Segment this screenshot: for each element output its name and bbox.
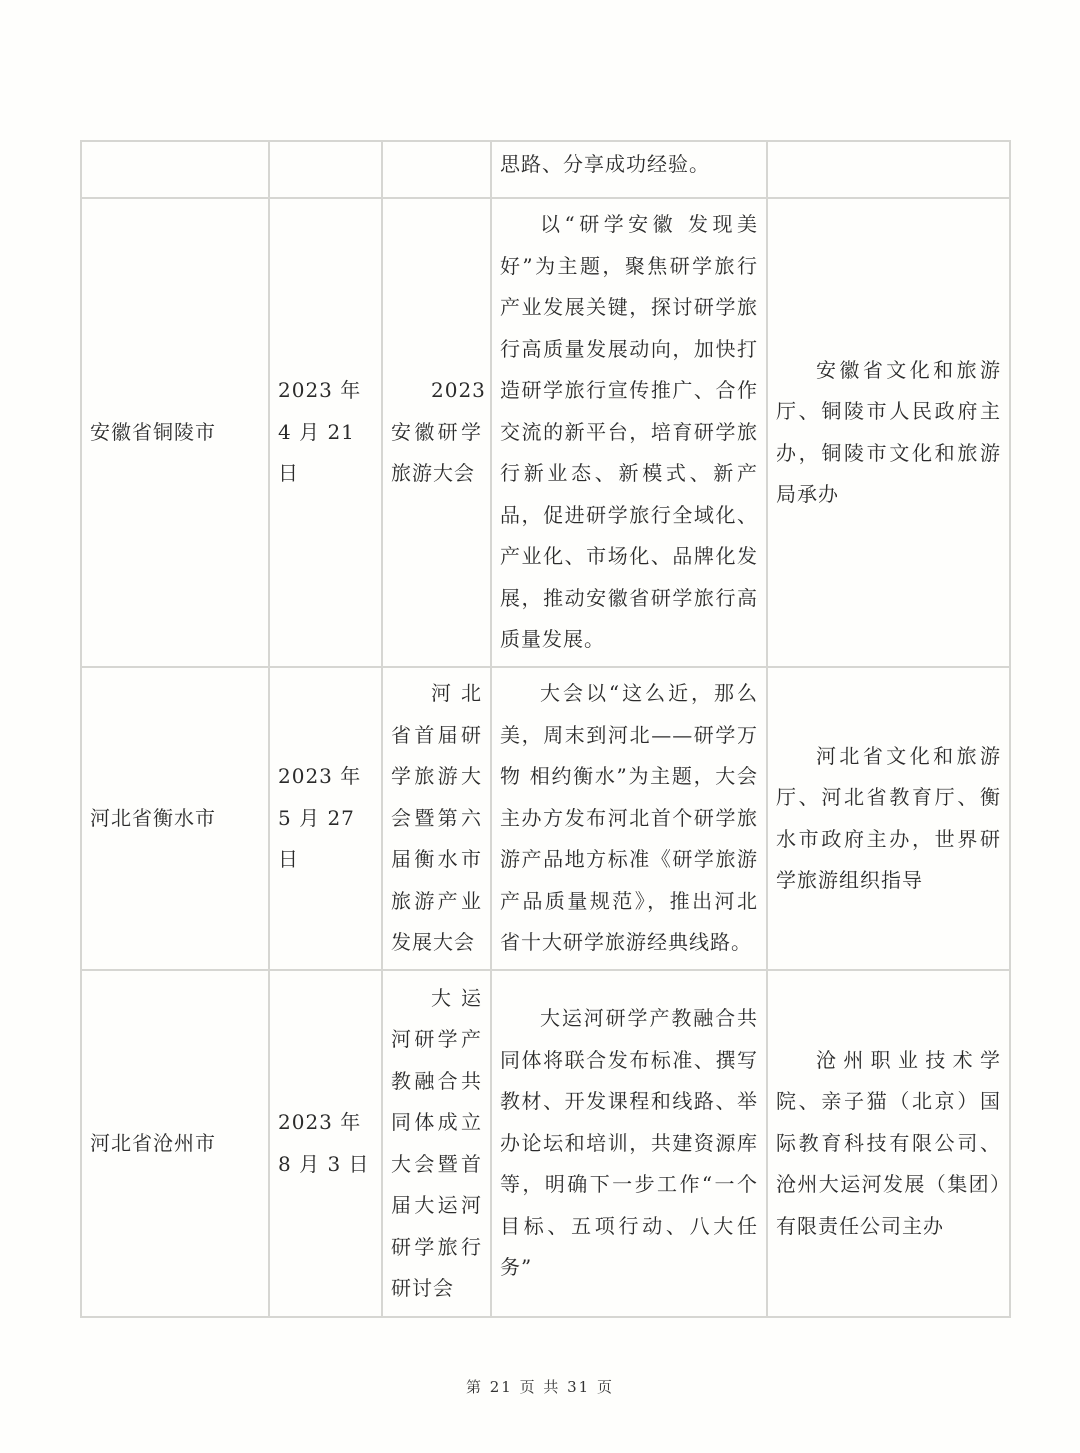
page-number: 第 21 页 共 31 页	[0, 1376, 1080, 1397]
location-cell: 安徽省铜陵市	[81, 198, 269, 667]
organizer-cell: 沧州职业技术学院、亲子猫（北京）国际教育科技有限公司、沧州大运河发展（集团）有限…	[767, 970, 1010, 1317]
event-cell: 河北省首届研学旅游大会暨第六届衡水市旅游产业发展大会	[382, 667, 491, 970]
event-cell: 大运河研学产教融合共同体成立大会暨首届大运河研学旅行研讨会	[382, 970, 491, 1317]
table-row: 安徽省铜陵市 2023 年 4 月 21 日 2023 安徽研学旅游大会 以“研…	[81, 198, 1010, 667]
organizer-cell	[767, 141, 1010, 198]
organizer-cell: 安徽省文化和旅游厅、铜陵市人民政府主办，铜陵市文化和旅游局承办	[767, 198, 1010, 667]
location-cell: 河北省沧州市	[81, 970, 269, 1317]
events-table: 思路、分享成功经验。 安徽省铜陵市 2023 年 4 月 21 日 2023 安…	[80, 140, 1011, 1318]
location-cell: 河北省衡水市	[81, 667, 269, 970]
location-cell	[81, 141, 269, 198]
date-cell: 2023 年 8 月 3 日	[269, 970, 382, 1317]
table-row: 河北省沧州市 2023 年 8 月 3 日 大运河研学产教融合共同体成立大会暨首…	[81, 970, 1010, 1317]
description-cell: 思路、分享成功经验。	[491, 141, 767, 198]
table-row: 思路、分享成功经验。	[81, 141, 1010, 198]
description-cell: 大运河研学产教融合共同体将联合发布标准、撰写教材、开发课程和线路、举办论坛和培训…	[491, 970, 767, 1317]
event-cell: 2023 安徽研学旅游大会	[382, 198, 491, 667]
event-cell	[382, 141, 491, 198]
date-cell: 2023 年 5 月 27 日	[269, 667, 382, 970]
date-cell	[269, 141, 382, 198]
organizer-cell: 河北省文化和旅游厅、河北省教育厅、衡水市政府主办，世界研学旅游组织指导	[767, 667, 1010, 970]
description-cell: 大会以“这么近，那么美，周末到河北——研学万物 相约衡水”为主题，大会主办方发布…	[491, 667, 767, 970]
description-cell: 以“研学安徽 发现美好”为主题，聚焦研学旅行产业发展关键，探讨研学旅行高质量发展…	[491, 198, 767, 667]
date-cell: 2023 年 4 月 21 日	[269, 198, 382, 667]
table-row: 河北省衡水市 2023 年 5 月 27 日 河北省首届研学旅游大会暨第六届衡水…	[81, 667, 1010, 970]
